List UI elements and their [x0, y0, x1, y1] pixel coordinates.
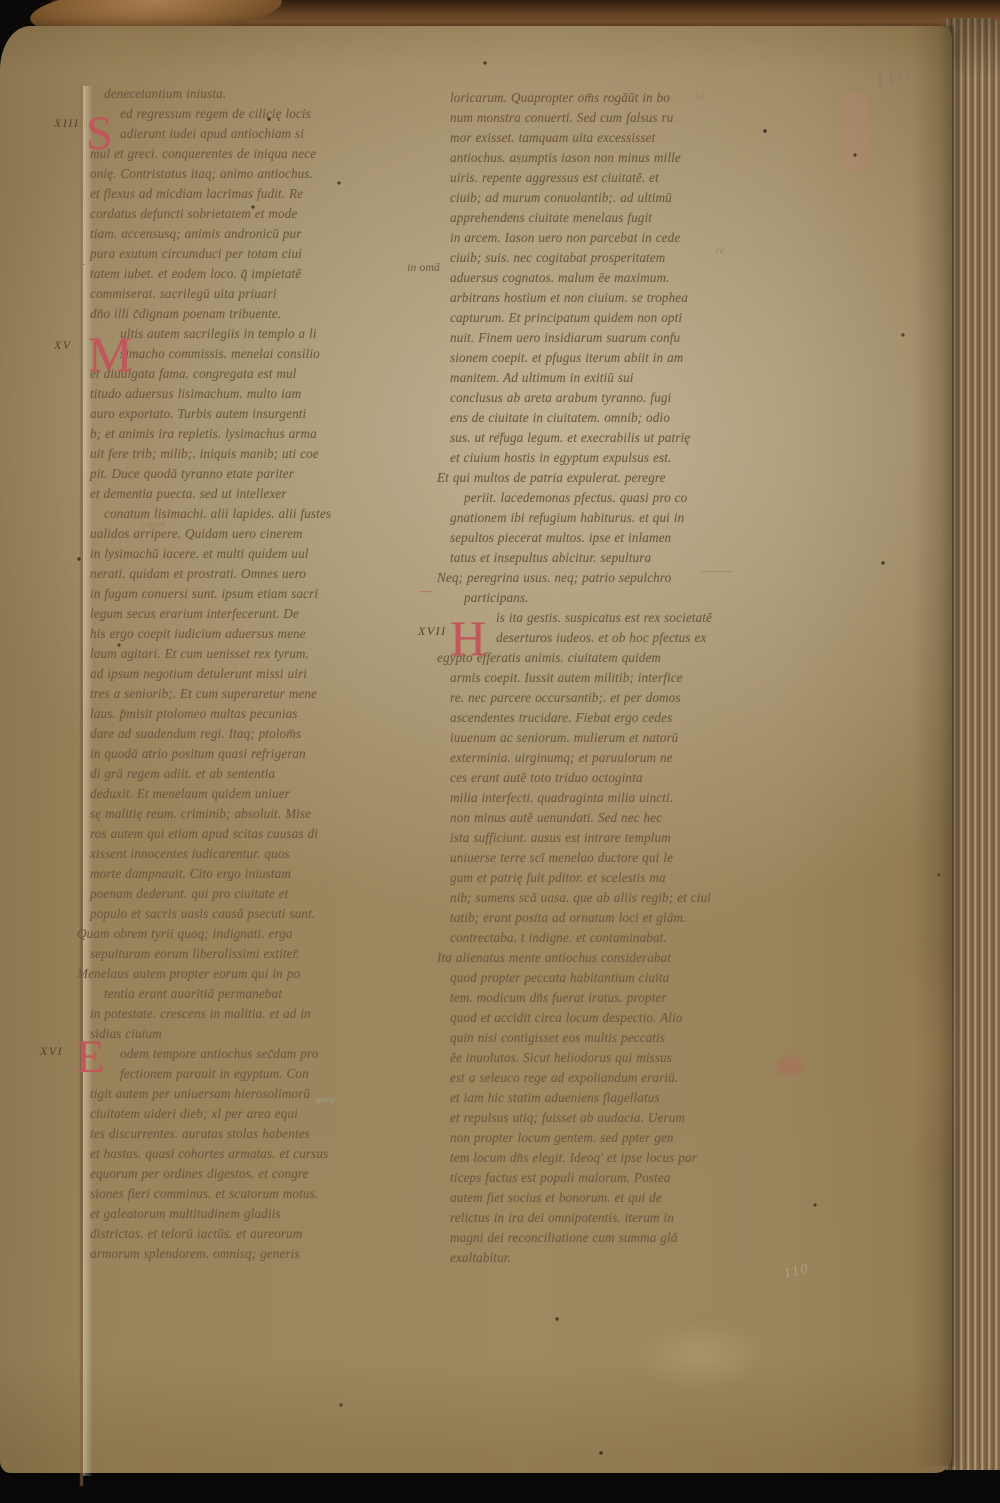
- text-line: ualidos arripere. Quidam uero cinerem: [90, 524, 406, 544]
- rubricated-initial: S: [86, 112, 113, 155]
- text-line: arbitrans hostium et non ciuium. se trop…: [450, 288, 784, 308]
- text-line: et dementia puecta. sed ut intellexer: [90, 484, 406, 504]
- text-line: simacho commissis. menelai consilio: [90, 344, 406, 364]
- text-line: di grā regem adiit. et ab sententia: [90, 764, 406, 784]
- marginal-annotation: in omā: [407, 260, 440, 275]
- text-line: dn̄o illi c̄dignam poenam tribuente.: [90, 304, 406, 324]
- text-line: re. nec parcere occursantib;. et per dom…: [450, 688, 784, 708]
- text-line: pura exutum circumduci per totam ciui: [90, 244, 406, 264]
- text-line: gum et patrię fuit pditor. et scelestis …: [450, 868, 784, 888]
- text-line: populo et sacris uasis causā psecuti sun…: [90, 904, 406, 924]
- text-line: quod propter peccata habitantium ciuita: [450, 968, 784, 988]
- text-line: ens de ciuitate in ciuitatem. omnib; odi…: [450, 408, 784, 428]
- text-line: dare ad suadendum regi. Itaq; ptolom̄s: [90, 724, 406, 744]
- text-line: tes discurrentes. auratas stolas habente…: [90, 1124, 406, 1144]
- text-line: ces erant autē toto triduo octoginta: [450, 768, 784, 788]
- text-line: autem fiet socius et bonorum. et qui de: [450, 1188, 784, 1208]
- text-line: uiris. repente aggressus est ciuitatē. e…: [450, 168, 784, 188]
- text-line: quod et accidit circa locum despectio. A…: [450, 1008, 784, 1028]
- text-line: auro exportato. Turbis autem insurgenti: [90, 404, 406, 424]
- text-line: in lysimachū iacere. et multi quidem uul: [90, 544, 406, 564]
- text-line: ciuib; ad murum conuolantib;. ad ultimū: [450, 188, 784, 208]
- parchment-stain: [876, 940, 972, 1180]
- chapter-numeral: XVI: [40, 1044, 63, 1059]
- marginal-annotation: re: [497, 429, 504, 439]
- text-line: et hastas. quasi cohortes armatas. et cu…: [90, 1144, 406, 1164]
- text-line: commiserat. sacrilegū uita priuari: [90, 284, 406, 304]
- text-line: Neq; peregrina usus. neq; patrio sepulch…: [437, 568, 784, 588]
- text-line: Et qui multos de patria expulerat. pereg…: [437, 468, 784, 488]
- text-line: egypto efferatis animis. ciuitatem quide…: [437, 648, 784, 668]
- text-line: manitem. Ad ultimum in exitiū sui: [450, 368, 784, 388]
- text-line: antiochus. asumptis iason non minus mill…: [450, 148, 784, 168]
- book-fore-edge-pages: [946, 18, 1000, 1470]
- text-line: morte dampnauit. Cito ergo iniustam: [90, 864, 406, 884]
- text-line: ros autem qui etiam apud scitas causas d…: [90, 824, 406, 844]
- text-line: sepulturam eorum liberalissimi extiter̄.: [90, 944, 406, 964]
- marginal-annotation: bā: [695, 91, 704, 101]
- rubricated-initial: M: [88, 332, 132, 377]
- text-line: uniuerse terre scī menelao ductore qui l…: [450, 848, 784, 868]
- text-line: et iam hic statim adueniens flagellatus: [450, 1088, 784, 1108]
- text-line: non propter locum gentem. sed ppter gen: [450, 1128, 784, 1148]
- text-line: Quam obrem tyrii quoq; indignati. erga: [77, 924, 406, 944]
- text-line: nerati. quidam et prostrati. Omnes uero: [90, 564, 406, 584]
- text-line: participans.: [450, 588, 784, 608]
- marginal-annotation: cepunt: [142, 519, 166, 529]
- text-line: in potestate. crescens in malitia. et ad…: [90, 1004, 406, 1024]
- text-line: exaltabitur.: [450, 1248, 784, 1268]
- text-line: armorum splendorem. omnisq; generis: [90, 1244, 406, 1264]
- text-line: equorum per ordines digestos. et congre: [90, 1164, 406, 1184]
- text-line: ultis autem sacrilegiis in templo a li: [90, 324, 406, 344]
- text-line: ad ipsum negotium detulerunt missi uiri: [90, 664, 406, 684]
- text-line: deduxit. Et menelaum quidem uniuer: [90, 784, 406, 804]
- text-line: deserturos iudeos. et ob hoc pfectus ex: [450, 628, 784, 648]
- text-line: et diuulgata fama. congregata est mul: [90, 364, 406, 384]
- marginal-annotation: sa: [506, 211, 514, 221]
- text-line: periit. lacedemonas pfectus. quasi pro c…: [450, 488, 784, 508]
- text-column-right: loricarum. Quapropter om̄s rogāūt in bon…: [450, 88, 784, 1268]
- text-line: contrectaba. t indigne. et contaminabat.: [450, 928, 784, 948]
- text-line: mul et greci. conquerentes de iniqua nec…: [90, 144, 406, 164]
- text-line: relictus in ira dei omnipotentis. iterum…: [450, 1208, 784, 1228]
- marginal-annotation: non: [641, 949, 656, 960]
- text-line: aduersus cognatos. malum ēe maximum.: [450, 268, 784, 288]
- text-line: quin nisi contigisset eos multis peccati…: [450, 1028, 784, 1048]
- text-line: laum agitari. Et cum uenisset rex tyrum.: [90, 644, 406, 664]
- marginal-annotation: ———: [702, 565, 731, 577]
- text-line: tentia erant auaritiā permanebat: [90, 984, 406, 1004]
- text-line: ista sufficiunt. ausus est intrare templ…: [450, 828, 784, 848]
- text-line: tiam. accensusq; animis andronicū pur: [90, 224, 406, 244]
- text-line: ascendentes trucidare. Fiebat ergo cedes: [450, 708, 784, 728]
- text-line: fectionem parauit in egyptum. Con: [90, 1064, 406, 1084]
- text-line: sepultos piecerat multos. ipse et inlame…: [450, 528, 784, 548]
- text-line: tres a seniorib;. Et cum superaretur men…: [90, 684, 406, 704]
- text-line: tem. modicum dn̄s fuerat iratus. propter: [450, 988, 784, 1008]
- text-line: et ciuium hostis in egyptum expulsus est…: [450, 448, 784, 468]
- text-line: tatus et insepultus abicitur. sepultura: [450, 548, 784, 568]
- text-line: legum secus erarium interfecerunt. De: [90, 604, 406, 624]
- text-line: tatib; erant posita ad ornatum loci et g…: [450, 908, 784, 928]
- text-line: poenam dederunt. qui pro ciuitate et: [90, 884, 406, 904]
- text-line: in fugam conuersi sunt. ipsum etiam sacr…: [90, 584, 406, 604]
- text-line: et galeatorum multitudinem gladiis: [90, 1204, 406, 1224]
- parchment-specks: [0, 0, 2, 2]
- text-line: b; et animis ira repletis. lysimachus ar…: [90, 424, 406, 444]
- marginal-annotation: —: [420, 583, 432, 599]
- marginal-annotation: aera: [316, 1095, 334, 1106]
- text-line: xissent innocentes iudicarentur. quos: [90, 844, 406, 864]
- text-line: pit. Duce quodā tyranno etate pariter: [90, 464, 406, 484]
- text-line: tatem iubet. et eodem loco. q̄ impietatē: [90, 264, 406, 284]
- ink-bleedthrough-stain: [842, 92, 868, 172]
- rubricated-initial: E: [76, 1036, 105, 1078]
- marginal-annotation: n: [95, 843, 100, 853]
- text-line: nuit. Finem uero insidiarum suarum confu: [450, 328, 784, 348]
- text-line: conatum lisimachi. alii lapides. alii fu…: [90, 504, 406, 524]
- manuscript-photo: 110 110 denecetantium iniusta.ed regress…: [0, 0, 1000, 1503]
- text-line: apprehendens ciuitate menelaus fugit: [450, 208, 784, 228]
- marginal-annotation: cē: [716, 245, 724, 255]
- text-line: et repulsus utiq; fuisset ab audacia. Ue…: [450, 1108, 784, 1128]
- text-line: tem locum dn̄s elegit. Ideoq' et ipse lo…: [450, 1148, 784, 1168]
- text-line: iuuenum ac seniorum. mulierum et natorū: [450, 728, 784, 748]
- text-line: num monstra conuerti. Sed cum falsus ru: [450, 108, 784, 128]
- text-line: nib; sumens scā uasa. que ab aliis regib…: [450, 888, 784, 908]
- text-line: ticeps factus est populi malorum. Postea: [450, 1168, 784, 1188]
- page-gutter-shadow: [912, 26, 954, 1466]
- text-line: ciuitatem uideri dieb; xl per area equi: [90, 1104, 406, 1124]
- chapter-numeral: XIII: [54, 116, 79, 131]
- text-line: loricarum. Quapropter om̄s rogāūt in bo: [450, 88, 784, 108]
- chapter-numeral: XV: [54, 338, 72, 353]
- marginal-annotation: us: [492, 858, 500, 868]
- text-line: Menelaus autem propter eorum qui in po: [77, 964, 406, 984]
- chapter-numeral: XVII: [418, 624, 447, 639]
- text-line: sionem coepit. et pfugus iterum abiit in…: [450, 348, 784, 368]
- text-line: titudo aduersus lisimachum. multo iam: [90, 384, 406, 404]
- text-line: gnationem ibi refugium habiturus. et qui…: [450, 508, 784, 528]
- text-line: capturum. Et principatum quidem non opti: [450, 308, 784, 328]
- text-line: magni dei reconciliatione cum summa glā: [450, 1228, 784, 1248]
- text-line: milia interfecti. quadraginta milia uinc…: [450, 788, 784, 808]
- marginal-annotation: p: [519, 155, 524, 165]
- text-line: ed regressum regem de cilicię locis: [90, 104, 406, 124]
- text-line: conclusus ab areta arabum tyranno. fugi: [450, 388, 784, 408]
- text-line: sidias ciuium: [90, 1024, 406, 1044]
- text-line: sę malitię reum. criminib; absoluit. Mis…: [90, 804, 406, 824]
- text-line: et flexus ad micdiam lacrimas fudit. Re: [90, 184, 406, 204]
- text-line: his ergo coepit iudicium aduersus mene: [90, 624, 406, 644]
- text-column-left: denecetantium iniusta.ed regressum regem…: [90, 84, 406, 1264]
- marginal-annotation: iā: [321, 878, 328, 888]
- text-line: onię. Contristatus itaq; animo antiochus…: [90, 164, 406, 184]
- text-line: mor exisset. tamquam uita excessisset: [450, 128, 784, 148]
- text-line: denecetantium iniusta.: [90, 84, 406, 104]
- text-line: non minus autē uenundati. Sed nec hec: [450, 808, 784, 828]
- parchment-stain: [630, 1320, 770, 1390]
- marginal-annotation: si: [238, 817, 244, 827]
- text-line: ēe inuolutos. Sicut heliodorus qui missu…: [450, 1048, 784, 1068]
- text-line: uit fere trib; milib;. iniquis manib; ut…: [90, 444, 406, 464]
- text-line: adierunt iudei apud antiochiam si: [90, 124, 406, 144]
- text-line: districtas. et telorū iactūs. et aureoru…: [90, 1224, 406, 1244]
- text-line: siones fieri comminus. et scutorum motus…: [90, 1184, 406, 1204]
- marginal-annotation: ·: [82, 257, 85, 272]
- text-line: tigit autem per uniuersam hierosolimorū: [90, 1084, 406, 1104]
- text-line: cordatus defuncti sobrietatem et mode: [90, 204, 406, 224]
- text-line: is ita gestis. suspicatus est rex societ…: [450, 608, 784, 628]
- text-line: laus. p̄misit ptolomeo multas pecunias: [90, 704, 406, 724]
- text-line: in arcem. Iason uero non parcebat in ced…: [450, 228, 784, 248]
- text-line: armis coepit. Iussit autem militib; inte…: [450, 668, 784, 688]
- text-line: Ita alienatus mente antiochus considerab…: [437, 948, 784, 968]
- text-line: exterminia. uirginumq; et paruulorum ne: [450, 748, 784, 768]
- text-line: in quodā atrio positum quasi refrigeran: [90, 744, 406, 764]
- text-line: odem tempore antiochus sec̄dam pro: [90, 1044, 406, 1064]
- rubricated-initial: H: [450, 616, 486, 661]
- text-line: est a seleuco rege ad expoliandum erariū…: [450, 1068, 784, 1088]
- text-line: ciuib; suis. nec cogitabat prosperitatem: [450, 248, 784, 268]
